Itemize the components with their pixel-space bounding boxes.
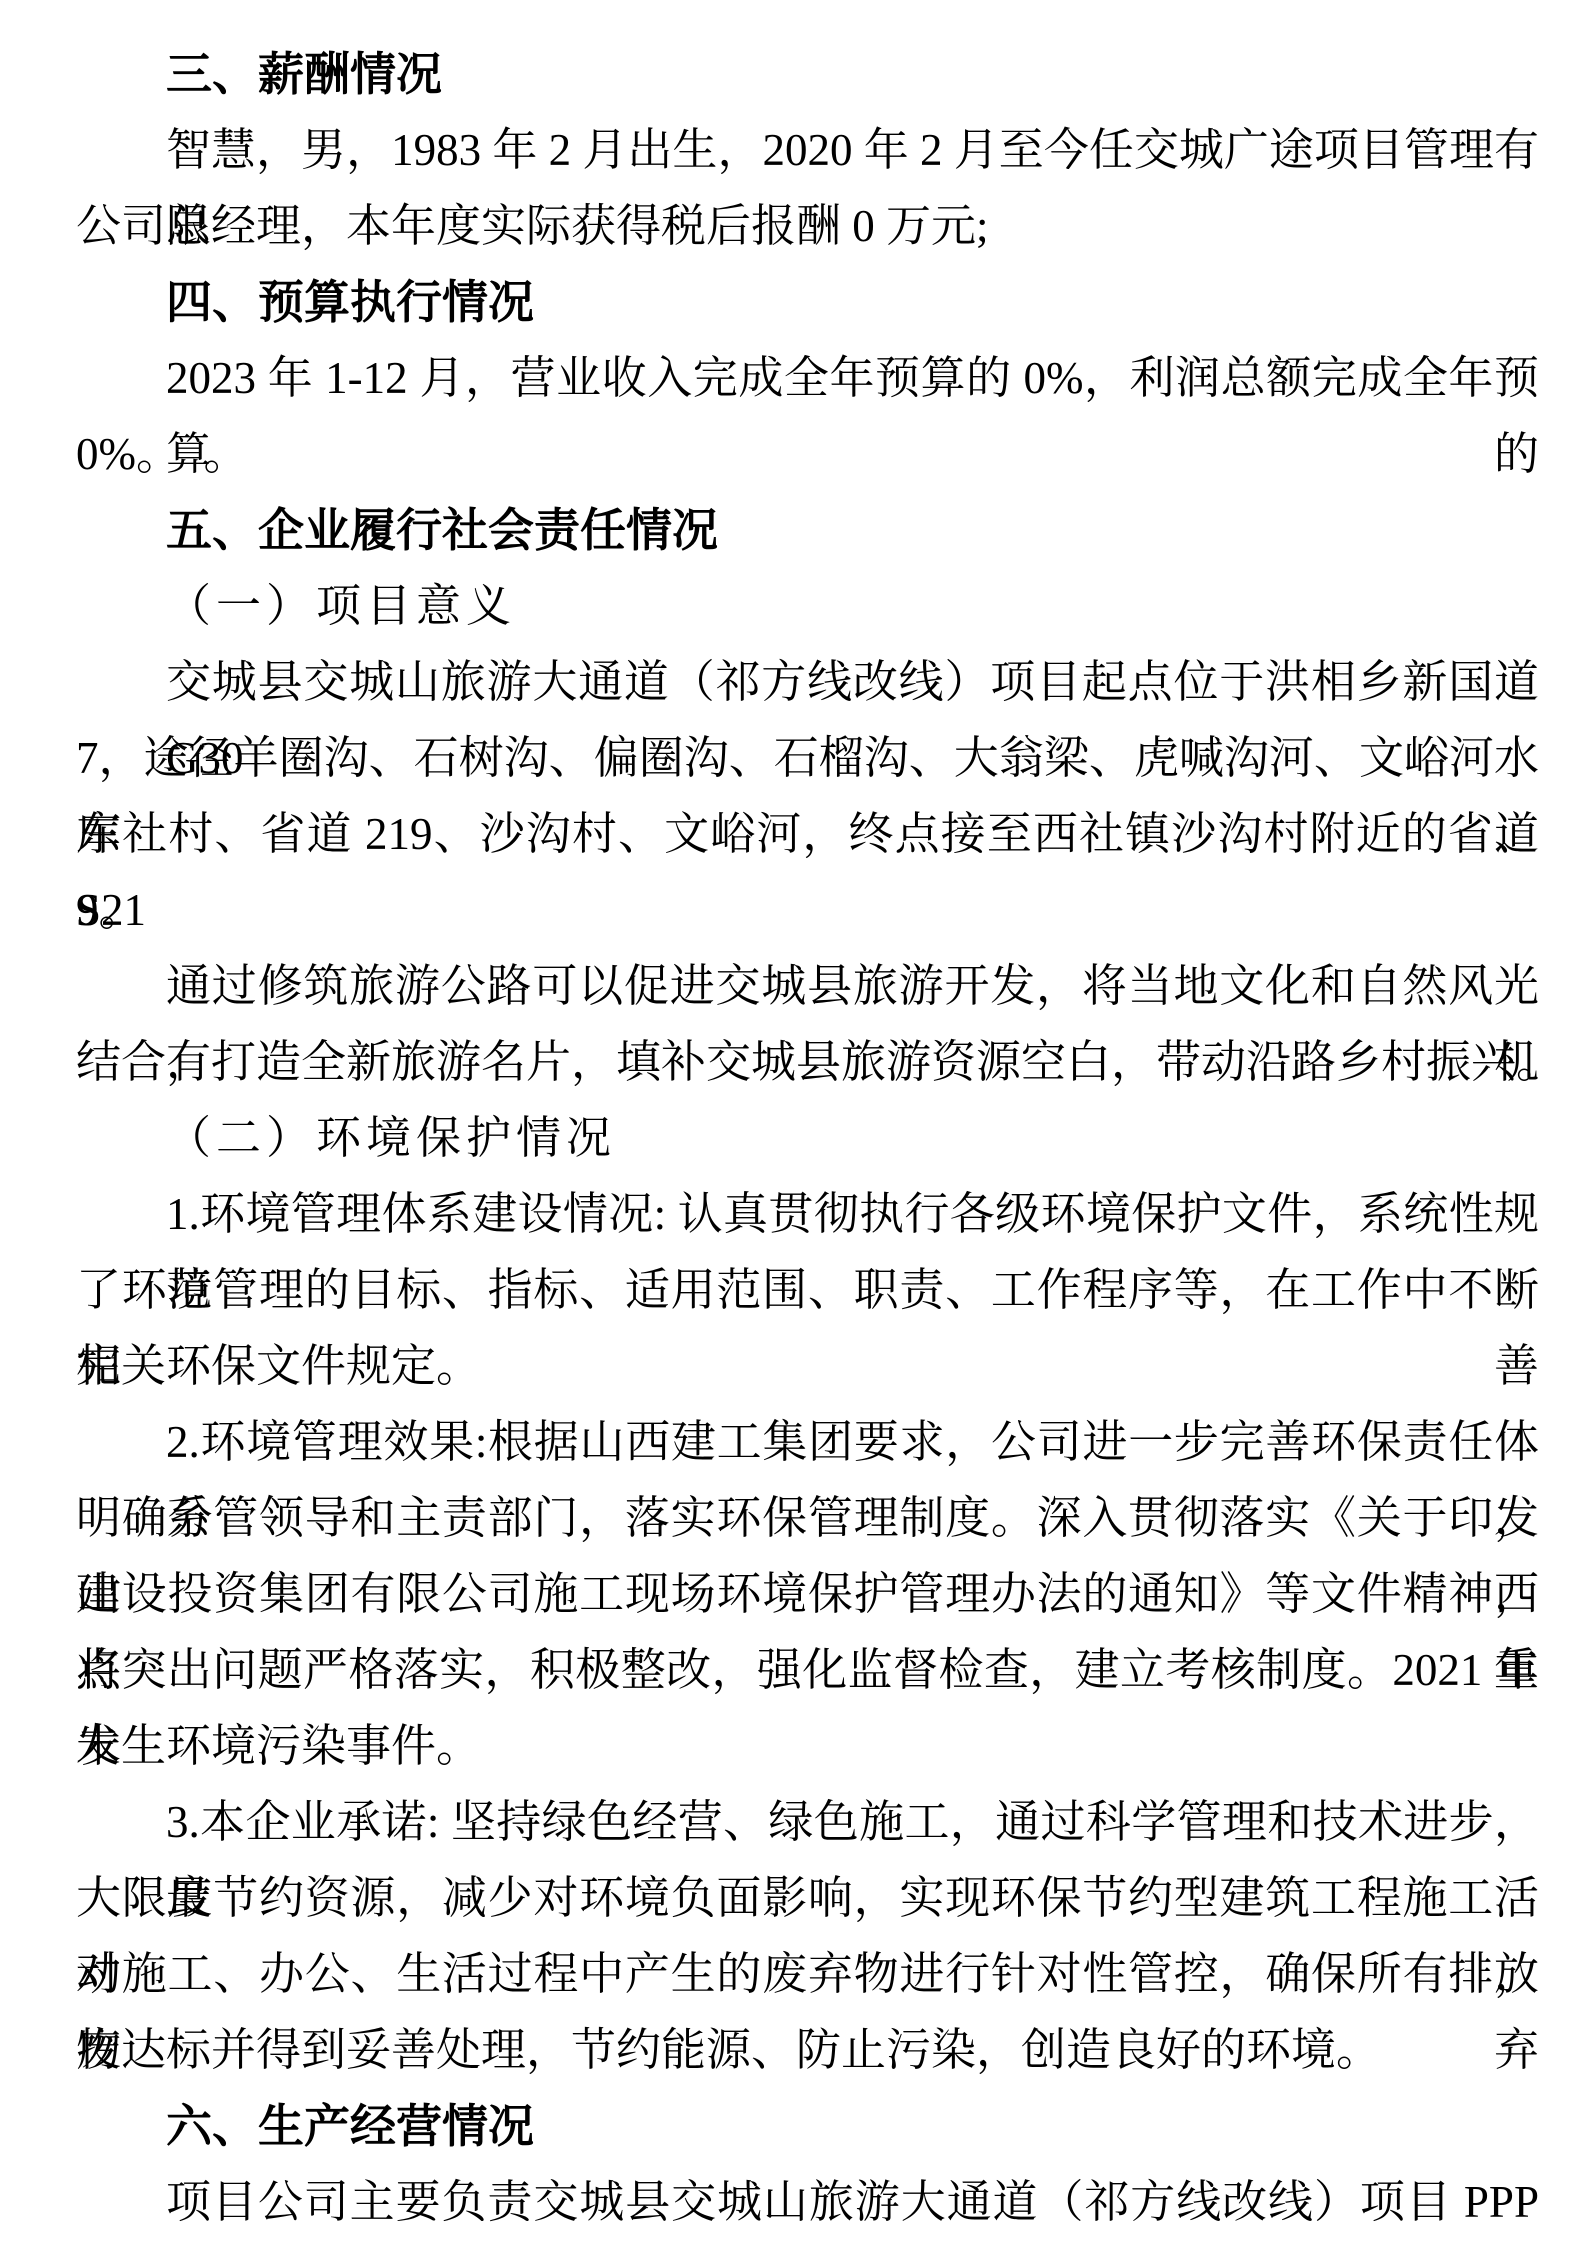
section-heading-budget-execution: 四、预算执行情况 [76,264,1539,340]
text-line: 东社村、省道 219、沙沟村、文峪河，终点接至西社镇沙沟村附近的省道 S21 [76,796,1539,872]
text-line: 9。 [76,872,1539,948]
text-line: 结合，打造全新旅游名片，填补交城县旅游资源空白，带动沿路乡村振兴。 [76,1024,1539,1100]
text-line: 大限度节约资源，减少对环境负面影响，实现环保节约型建筑工程施工活动， [76,1860,1539,1936]
document-page: 三、薪酬情况 智慧，男，1983 年 2 月出生，2020 年 2 月至今任交城… [0,0,1587,2245]
text-line: 智慧，男，1983 年 2 月出生，2020 年 2 月至今任交城广途项目管理有… [76,112,1539,188]
text-line: 发生环境污染事件。 [76,1708,1539,1784]
section-heading-salary: 三、薪酬情况 [76,36,1539,112]
text-line: 明确分管领导和主责部门，落实环保管理制度。深入贯彻落实《关于印发山西 [76,1480,1539,1556]
text-line: 交城县交城山旅游大通道（祁方线改线）项目起点位于洪相乡新国道 G30 [76,644,1539,720]
subsection-heading-project-significance: （一）项目意义 [76,568,1539,644]
text-line: 对施工、办公、生活过程中产生的废弃物进行针对性管控，确保所有排放废弃 [76,1936,1539,2012]
text-line: 2.环境管理效果:根据山西建工集团要求，公司进一步完善环保责任体系， [76,1404,1539,1480]
text-line: 项目公司主要负责交城县交城山旅游大通道（祁方线改线）项目 PPP 项目 [76,2164,1539,2240]
text-line: 7，途径羊圈沟、石树沟、偏圈沟、石榴沟、大翁梁、虎喊沟河、文峪河水库、 [76,720,1539,796]
subsection-heading-environment-protection: （二）环境保护情况 [76,1100,1539,1176]
section-heading-social-responsibility: 五、企业履行社会责任情况 [76,492,1539,568]
text-line: 通过修筑旅游公路可以促进交城县旅游开发，将当地文化和自然风光有机 [76,948,1539,1024]
text-line: 1.环境管理体系建设情况: 认真贯彻执行各级环境保护文件，系统性规范 [76,1176,1539,1252]
text-line: 2023 年 1-12 月，营业收入完成全年预算的 0%，利润总额完成全年预算的 [76,340,1539,416]
text-line: 了环境管理的目标、指标、适用范围、职责、工作程序等，在工作中不断完善 [76,1252,1539,1328]
text-line: 物达标并得到妥善处理，节约能源、防止污染，创造良好的环境。 [76,2012,1539,2088]
text-line: 点突出问题严格落实，积极整改，强化监督检查，建立考核制度。2021 年未 [76,1632,1539,1708]
section-heading-production-operations: 六、生产经营情况 [76,2088,1539,2164]
text-line: 建设投资集团有限公司施工现场环境保护管理办法的通知》等文件精神，将重 [76,1556,1539,1632]
text-line: 3.本企业承诺: 坚持绿色经营、绿色施工，通过科学管理和技术进步，最 [76,1784,1539,1860]
text-line: 公司总经理，本年度实际获得税后报酬 0 万元; [76,188,1539,264]
